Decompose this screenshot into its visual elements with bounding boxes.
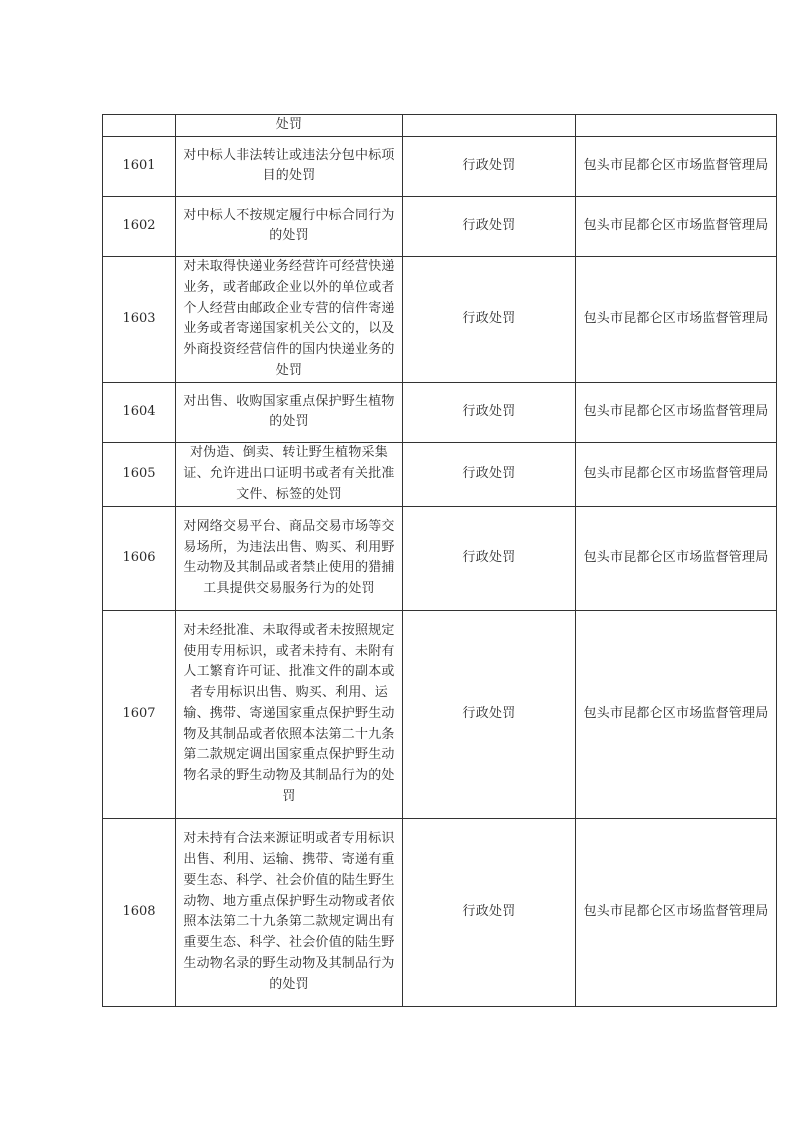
cell-organ: 包头市昆都仑区市场监督管理局 bbox=[576, 610, 777, 818]
cell-number: 1604 bbox=[103, 382, 176, 442]
cell-type: 行政处罚 bbox=[403, 382, 576, 442]
cell-type: 行政处罚 bbox=[403, 818, 576, 1006]
cell-number: 1603 bbox=[103, 256, 176, 382]
cell-number: 1602 bbox=[103, 196, 176, 256]
table-row: 1601 对中标人非法转让或违法分包中标项目的处罚 行政处罚 包头市昆都仑区市场… bbox=[103, 136, 777, 196]
cell-type: 行政处罚 bbox=[403, 136, 576, 196]
cell-organ: 包头市昆都仑区市场监督管理局 bbox=[576, 442, 777, 506]
cell-number: 1601 bbox=[103, 136, 176, 196]
cell-item: 处罚 bbox=[176, 115, 403, 137]
document-page: 处罚 1601 对中标人非法转让或违法分包中标项目的处罚 行政处罚 包头市昆都仑… bbox=[0, 0, 793, 1122]
cell-type: 行政处罚 bbox=[403, 196, 576, 256]
cell-organ: 包头市昆都仑区市场监督管理局 bbox=[576, 196, 777, 256]
table-row: 1606 对网络交易平台、商品交易市场等交易场所，为违法出售、购买、利用野生动物… bbox=[103, 506, 777, 610]
cell-number bbox=[103, 115, 176, 137]
cell-organ: 包头市昆都仑区市场监督管理局 bbox=[576, 256, 777, 382]
cell-item: 对网络交易平台、商品交易市场等交易场所，为违法出售、购买、利用野生动物及其制品或… bbox=[176, 506, 403, 610]
table-row-continuation: 处罚 bbox=[103, 115, 777, 137]
cell-type: 行政处罚 bbox=[403, 610, 576, 818]
cell-type: 行政处罚 bbox=[403, 506, 576, 610]
cell-item: 对伪造、倒卖、转让野生植物采集证、允许进出口证明书或者有关批准文件、标签的处罚 bbox=[176, 442, 403, 506]
table-row: 1607 对未经批准、未取得或者未按照规定使用专用标识，或者未持有、未附有人工繁… bbox=[103, 610, 777, 818]
table-row: 1608 对未持有合法来源证明或者专用标识出售、利用、运输、携带、寄递有重要生态… bbox=[103, 818, 777, 1006]
cell-organ: 包头市昆都仑区市场监督管理局 bbox=[576, 136, 777, 196]
cell-number: 1606 bbox=[103, 506, 176, 610]
cell-type: 行政处罚 bbox=[403, 442, 576, 506]
table-row: 1603 对未取得快递业务经营许可经营快递业务，或者邮政企业以外的单位或者个人经… bbox=[103, 256, 777, 382]
cell-number: 1605 bbox=[103, 442, 176, 506]
cell-item: 对未持有合法来源证明或者专用标识出售、利用、运输、携带、寄递有重要生态、科学、社… bbox=[176, 818, 403, 1006]
cell-number: 1608 bbox=[103, 818, 176, 1006]
table-row: 1604 对出售、收购国家重点保护野生植物的处罚 行政处罚 包头市昆都仑区市场监… bbox=[103, 382, 777, 442]
cell-organ: 包头市昆都仑区市场监督管理局 bbox=[576, 818, 777, 1006]
cell-type bbox=[403, 115, 576, 137]
table-row: 1605 对伪造、倒卖、转让野生植物采集证、允许进出口证明书或者有关批准文件、标… bbox=[103, 442, 777, 506]
cell-item: 对出售、收购国家重点保护野生植物的处罚 bbox=[176, 382, 403, 442]
cell-number: 1607 bbox=[103, 610, 176, 818]
cell-item: 对未取得快递业务经营许可经营快递业务，或者邮政企业以外的单位或者个人经营由邮政企… bbox=[176, 256, 403, 382]
penalty-items-table: 处罚 1601 对中标人非法转让或违法分包中标项目的处罚 行政处罚 包头市昆都仑… bbox=[102, 114, 777, 1007]
cell-item: 对中标人不按规定履行中标合同行为的处罚 bbox=[176, 196, 403, 256]
cell-item: 对中标人非法转让或违法分包中标项目的处罚 bbox=[176, 136, 403, 196]
cell-type: 行政处罚 bbox=[403, 256, 576, 382]
table-row: 1602 对中标人不按规定履行中标合同行为的处罚 行政处罚 包头市昆都仑区市场监… bbox=[103, 196, 777, 256]
cell-organ: 包头市昆都仑区市场监督管理局 bbox=[576, 506, 777, 610]
cell-organ: 包头市昆都仑区市场监督管理局 bbox=[576, 382, 777, 442]
cell-item: 对未经批准、未取得或者未按照规定使用专用标识，或者未持有、未附有人工繁育许可证、… bbox=[176, 610, 403, 818]
cell-organ bbox=[576, 115, 777, 137]
